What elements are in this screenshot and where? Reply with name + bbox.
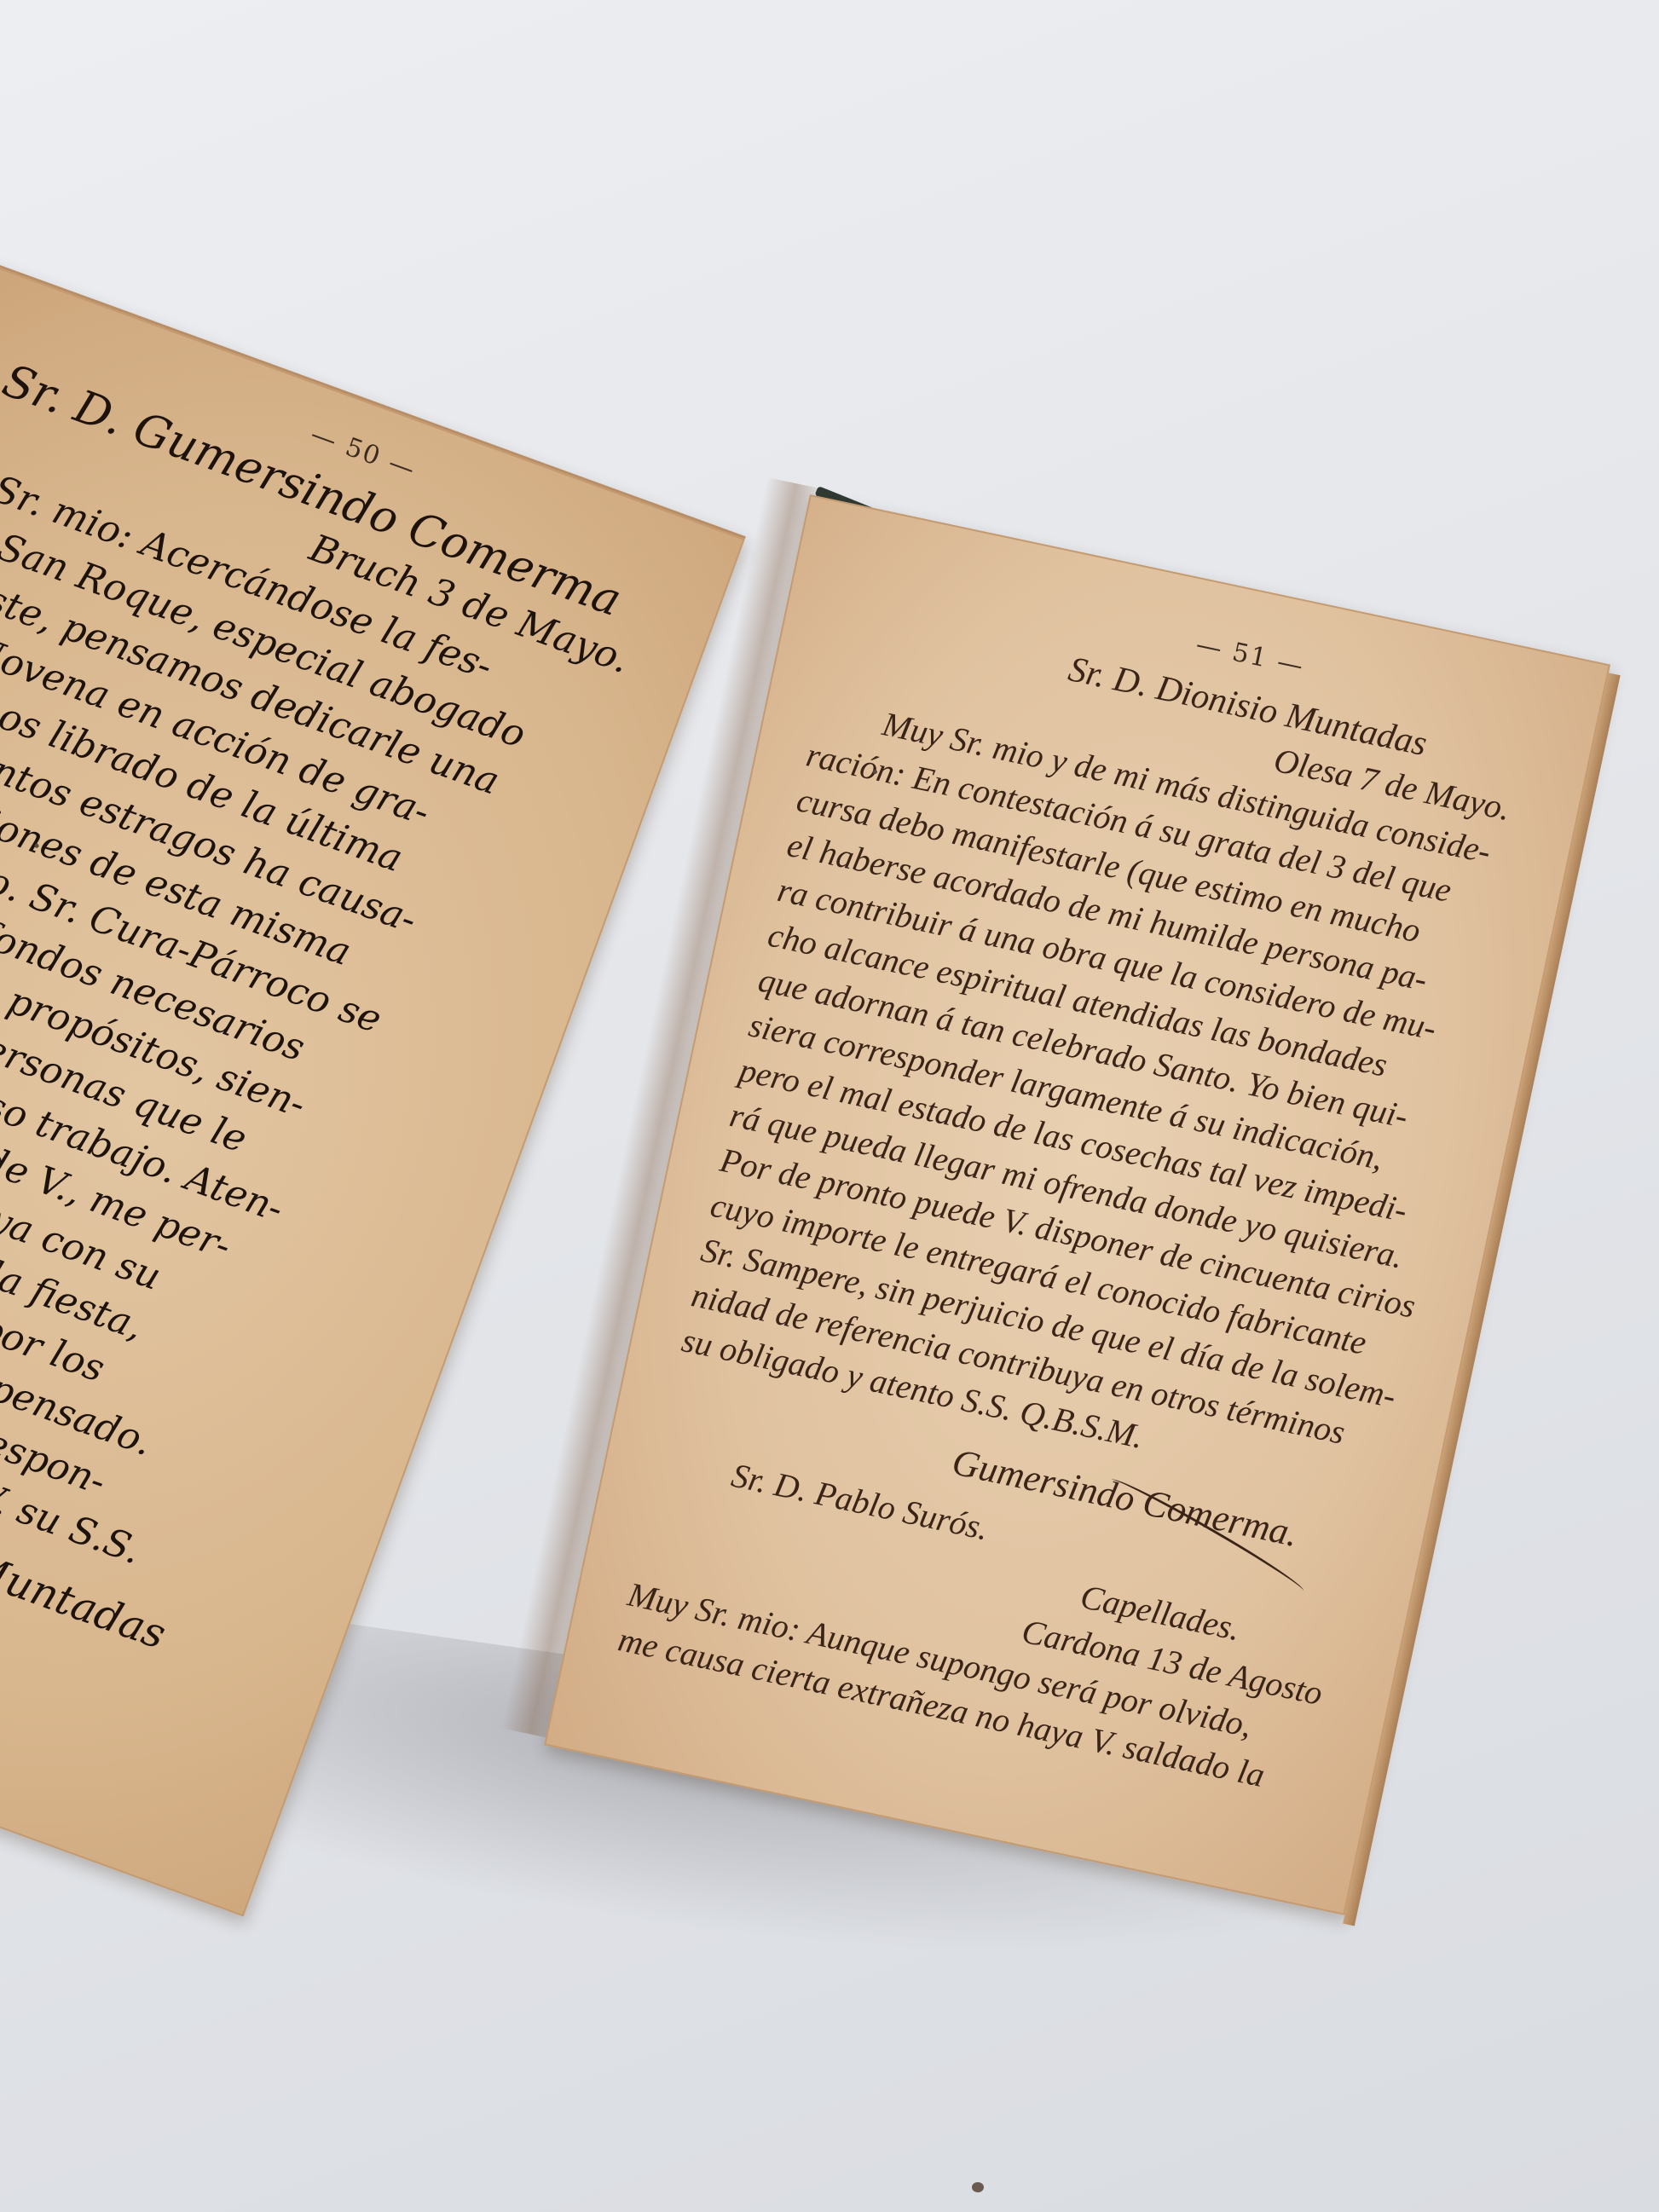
table-debris xyxy=(972,2182,984,2192)
letter-gumersindo-to-dionisio: Sr. D. Dionisio Muntadas Olesa 7 de Mayo… xyxy=(614,597,1558,1814)
page-number-right: — 51 — xyxy=(1194,629,1308,681)
right-page: — 51 — Sr. D. Dionisio Muntadas Olesa 7 … xyxy=(544,494,1610,1915)
